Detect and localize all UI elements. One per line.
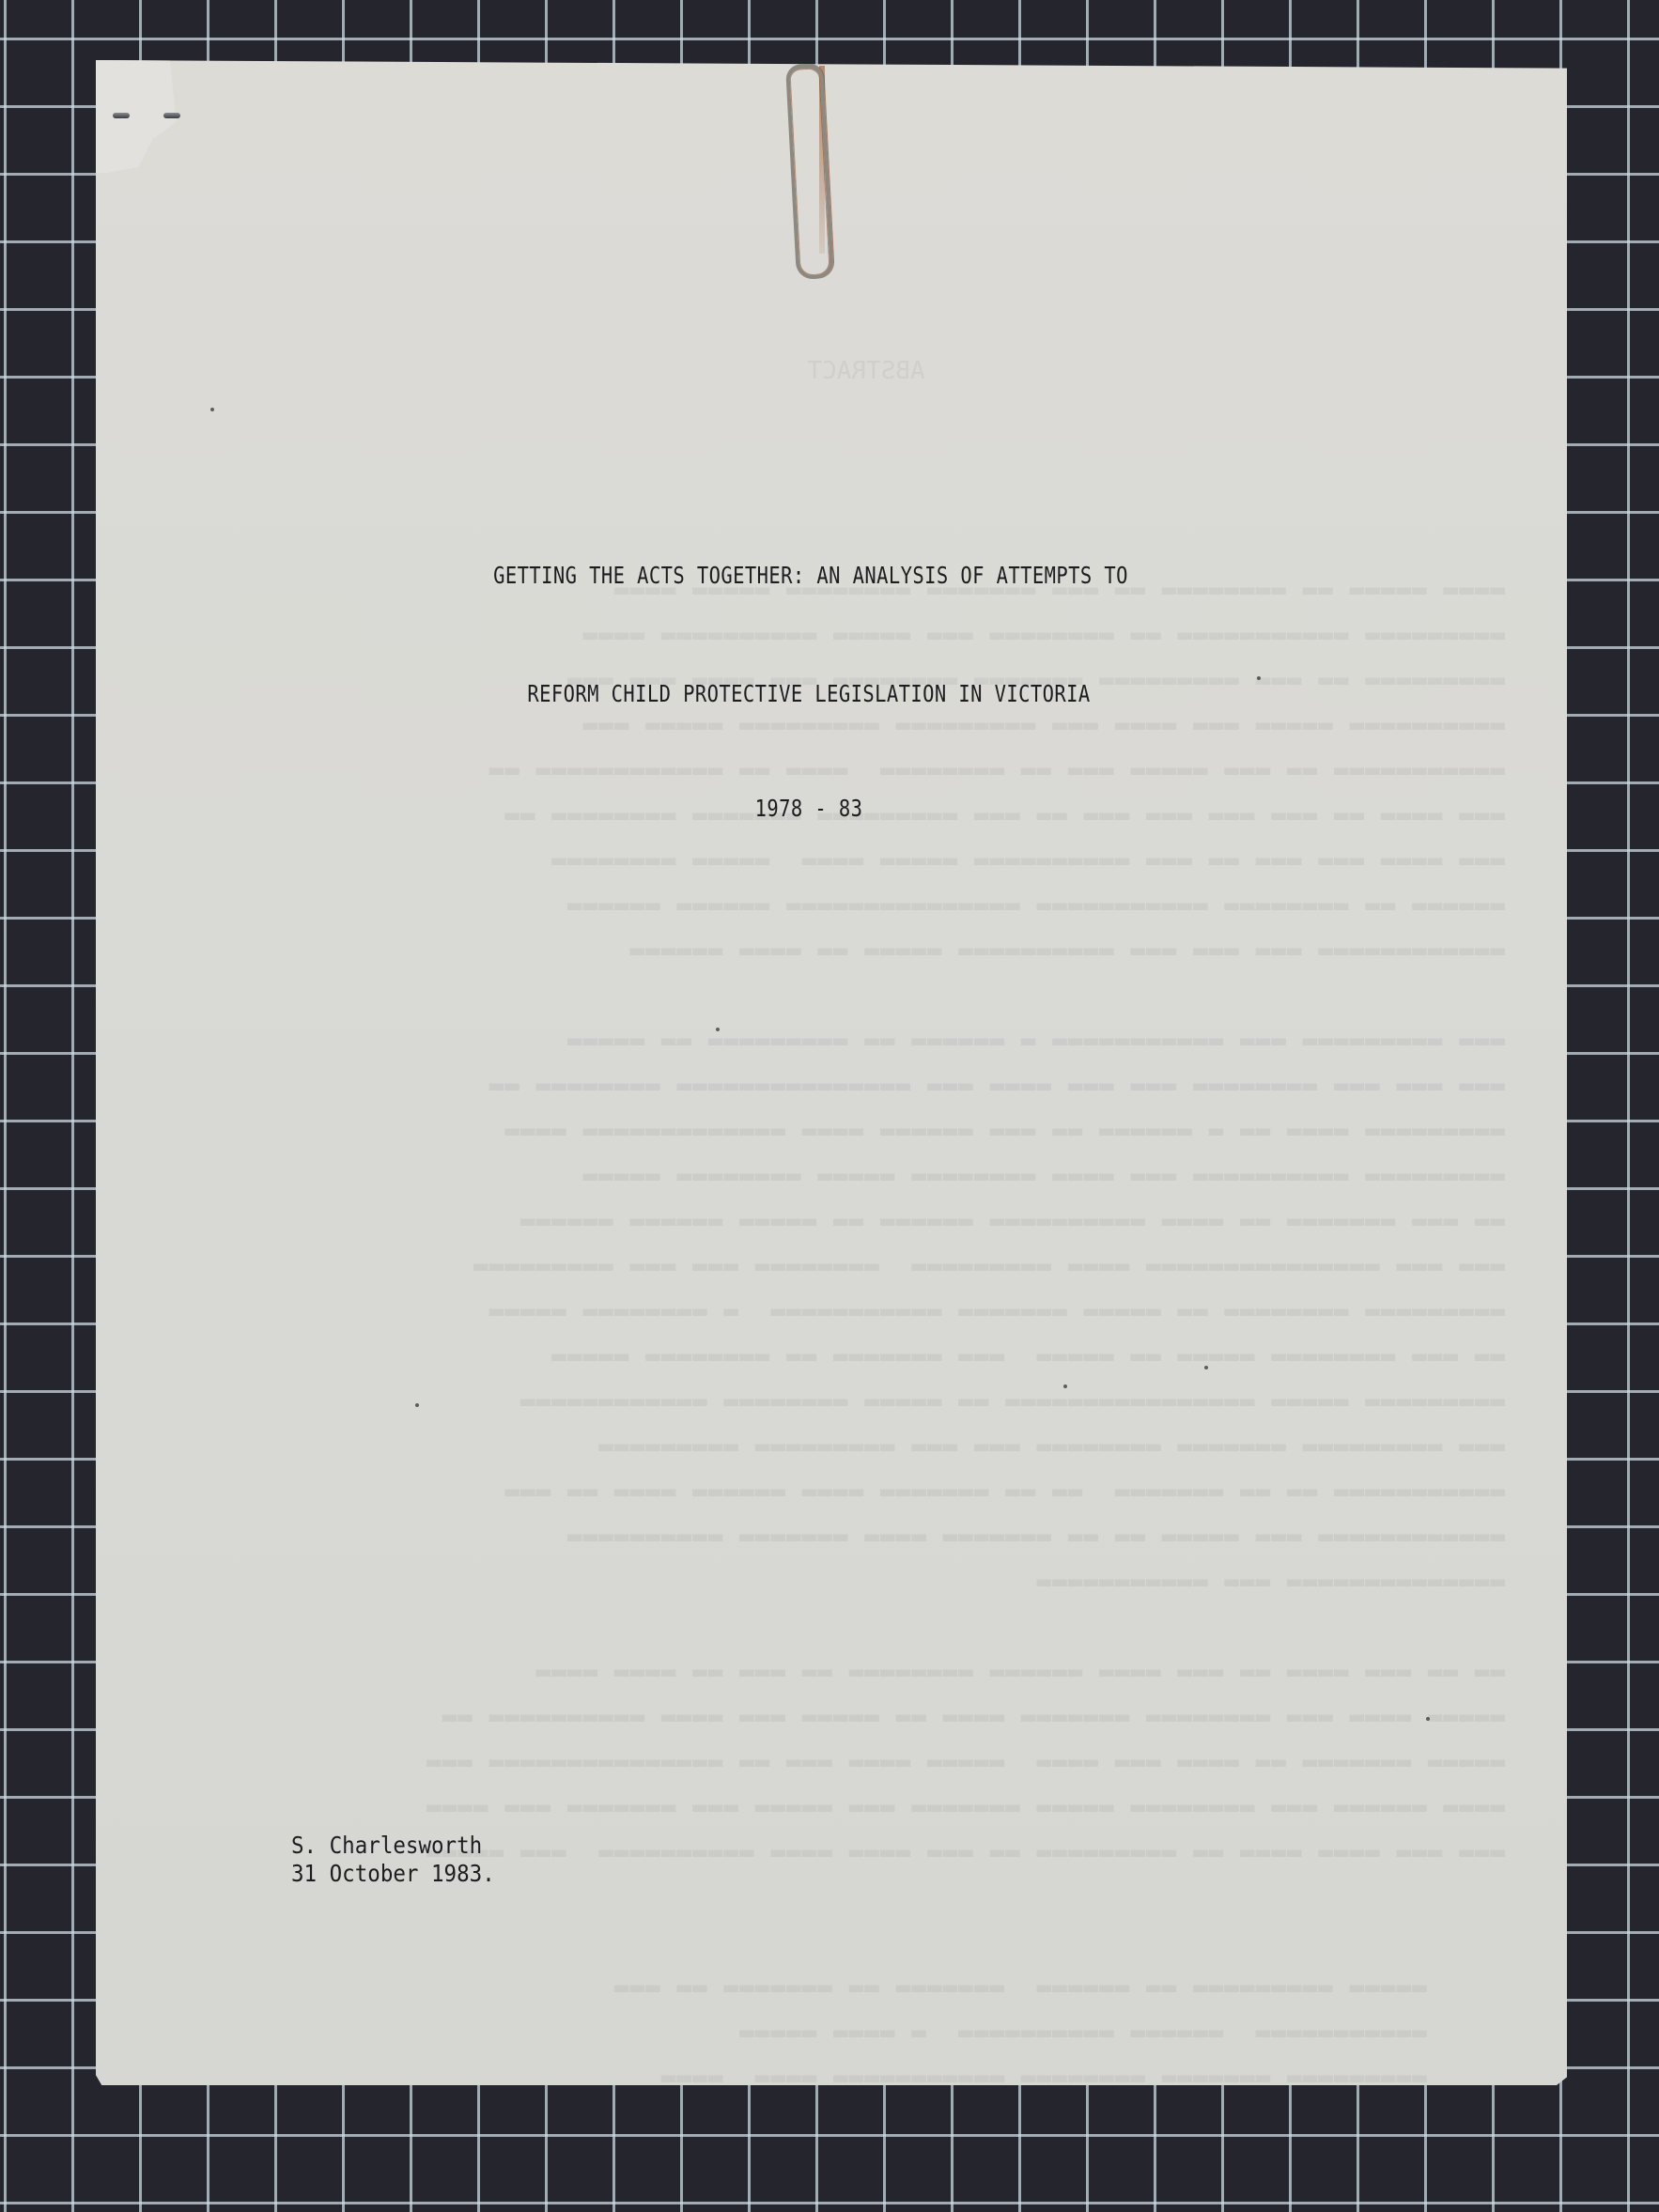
document-date: 31 October 1983. bbox=[291, 1860, 495, 1888]
author-name: S. Charlesworth bbox=[291, 1832, 495, 1860]
showthrough-heading: ABSTRACT bbox=[396, 351, 1336, 391]
staple-icon bbox=[163, 113, 180, 118]
paperclip-icon bbox=[785, 63, 834, 280]
title-line-1: GETTING THE ACTS TOGETHER: AN ANALYSIS O… bbox=[208, 562, 1414, 589]
staple-icon bbox=[113, 113, 130, 118]
author-block: S. Charlesworth 31 October 1983. bbox=[291, 1832, 495, 1888]
document-page: ABSTRACT ▬▬▬▬ ▬▬▬▬▬ ▬▬ ▬▬▬▬▬▬▬▬ ▬▬ ▬▬▬ ▬… bbox=[96, 60, 1567, 2085]
date-range: 1978 - 83 bbox=[206, 795, 1412, 822]
title-line-2: REFORM CHILD PROTECTIVE LEGISLATION IN V… bbox=[206, 680, 1412, 707]
